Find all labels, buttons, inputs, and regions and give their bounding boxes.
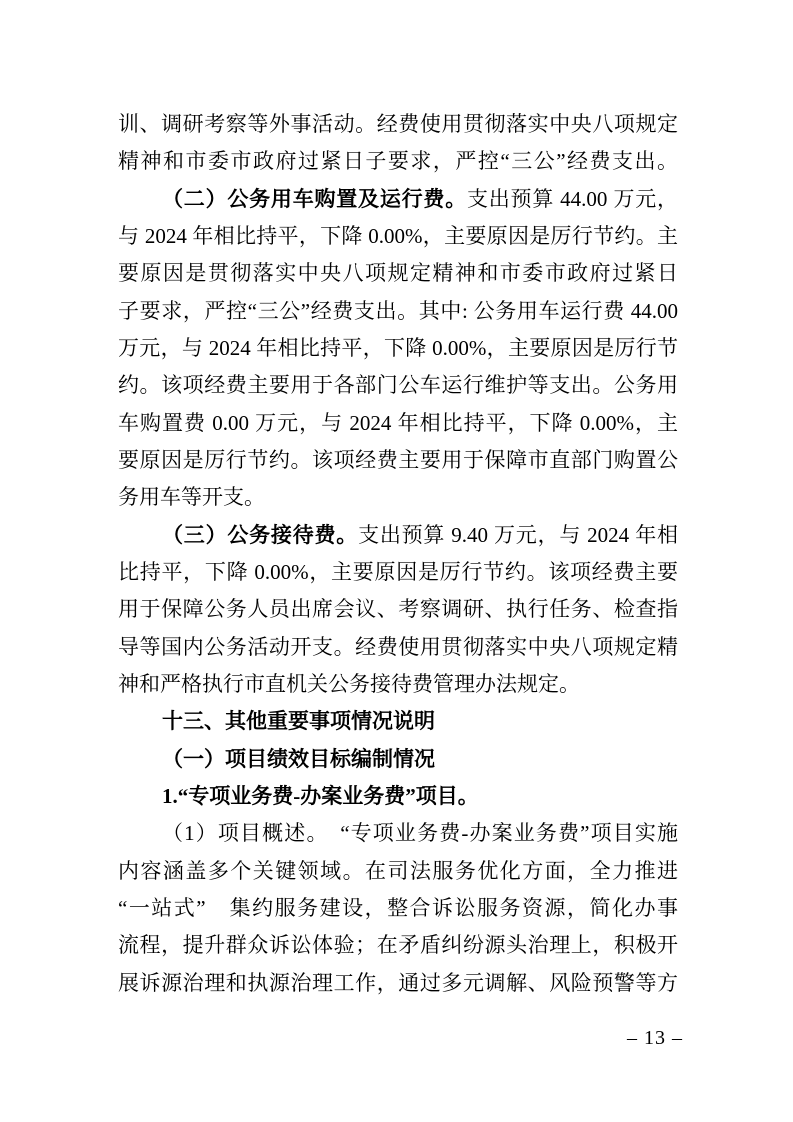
text-line: 导等国内公务活动开支。经费使用贯彻落实中央八项规定精	[118, 629, 678, 666]
text-line: 用于保障公务人员出席会议、考察调研、执行任务、检查指	[118, 591, 678, 628]
body-text-run: 用于保障公务人员出席会议、考察调研、执行任务、检查指	[118, 597, 678, 621]
heading-text-run: （三）公务接待费。	[162, 524, 358, 547]
body-text-run: 精神和市委市政府过紧日子要求，严控“三公”经费支出。	[118, 149, 678, 173]
text-line: 要原因是贯彻落实中央八项规定精神和市委市政府过紧日	[118, 255, 678, 292]
document-body: 训、调研考察等外事活动。经费使用贯彻落实中央八项规定精神和市委市政府过紧日子要求…	[118, 106, 678, 1002]
text-line: 务用车等开支。	[118, 479, 678, 516]
heading-text-run: 十三、其他重要事项情况说明	[162, 710, 435, 733]
body-text-run: 车购置费 0.00 万元，与 2024 年相比持平，下降 0.00%，主	[118, 411, 678, 435]
text-line: 子要求，严控“三公”经费支出。其中: 公务用车运行费 44.00	[118, 293, 678, 330]
text-line: 万元，与 2024 年相比持平，下降 0.00%，主要原因是厉行节	[118, 330, 678, 367]
body-text-run: 展诉源治理和执源治理工作，通过多元调解、风险预警等方	[118, 971, 678, 995]
body-text-run: 训、调研考察等外事活动。经费使用贯彻落实中央八项规定	[118, 112, 678, 136]
text-line: 展诉源治理和执源治理工作，通过多元调解、风险预警等方	[118, 965, 678, 1002]
body-text-run: 要原因是贯彻落实中央八项规定精神和市委市政府过紧日	[118, 261, 678, 285]
text-line: 约。该项经费主要用于各部门公车运行维护等支出。公务用	[118, 367, 678, 404]
text-line: （二）公务用车购置及运行费。支出预算 44.00 万元，	[118, 181, 678, 218]
text-line: “一站式” 集约服务建设，整合诉讼服务资源，简化办事	[118, 890, 678, 927]
body-text-run: 内容涵盖多个关键领域。在司法服务优化方面，全力推进	[118, 859, 678, 883]
heading-text-run: （二）公务用车购置及运行费。	[162, 188, 467, 211]
text-line: 训、调研考察等外事活动。经费使用贯彻落实中央八项规定	[118, 106, 678, 143]
body-text-run: 神和严格执行市直机关公务接待费管理办法规定。	[118, 672, 580, 696]
text-line: 比持平，下降 0.00%，主要原因是厉行节约。该项经费主要	[118, 554, 678, 591]
text-line: 内容涵盖多个关键领域。在司法服务优化方面，全力推进	[118, 853, 678, 890]
text-line: （一）项目绩效目标编制情况	[118, 741, 678, 778]
text-line: （1）项目概述。 “专项业务费-办案业务费”项目实施	[118, 815, 678, 852]
heading-text-run: 1.“专项业务费-办案业务费”项目。	[162, 784, 479, 808]
heading-text-run: （一）项目绩效目标编制情况	[162, 747, 435, 771]
body-text-run: 要原因是厉行节约。该项经费主要用于保障市直部门购置公	[118, 448, 678, 472]
page-number: – 13 –	[627, 1026, 683, 1050]
text-line: （三）公务接待费。支出预算 9.40 万元，与 2024 年相	[118, 517, 678, 554]
document-page: 训、调研考察等外事活动。经费使用贯彻落实中央八项规定精神和市委市政府过紧日子要求…	[0, 0, 793, 1122]
text-line: 精神和市委市政府过紧日子要求，严控“三公”经费支出。	[118, 143, 678, 180]
body-text-run: 子要求，严控“三公”经费支出。其中: 公务用车运行费 44.00	[118, 299, 678, 323]
body-text-run: 流程，提升群众诉讼体验；在矛盾纠纷源头治理上，积极开	[118, 933, 678, 957]
body-text-run: （1）项目概述。 “专项业务费-办案业务费”项目实施	[162, 821, 678, 845]
text-line: 车购置费 0.00 万元，与 2024 年相比持平，下降 0.00%，主	[118, 405, 678, 442]
body-text-run: 导等国内公务活动开支。经费使用贯彻落实中央八项规定精	[118, 635, 678, 659]
text-line: 神和严格执行市直机关公务接待费管理办法规定。	[118, 666, 678, 703]
body-text-run: “一站式” 集约服务建设，整合诉讼服务资源，简化办事	[118, 896, 678, 920]
body-text-run: 务用车等开支。	[118, 485, 265, 509]
text-line: 要原因是厉行节约。该项经费主要用于保障市直部门购置公	[118, 442, 678, 479]
body-text-run: 支出预算 44.00 万元，	[467, 187, 678, 211]
text-line: 与 2024 年相比持平，下降 0.00%，主要原因是厉行节约。主	[118, 218, 678, 255]
text-line: 1.“专项业务费-办案业务费”项目。	[118, 778, 678, 815]
body-text-run: 约。该项经费主要用于各部门公车运行维护等支出。公务用	[118, 373, 678, 397]
text-line: 流程，提升群众诉讼体验；在矛盾纠纷源头治理上，积极开	[118, 927, 678, 964]
body-text-run: 支出预算 9.40 万元，与 2024 年相	[358, 523, 678, 547]
text-line: 十三、其他重要事项情况说明	[118, 703, 678, 740]
body-text-run: 万元，与 2024 年相比持平，下降 0.00%，主要原因是厉行节	[118, 336, 678, 360]
body-text-run: 比持平，下降 0.00%，主要原因是厉行节约。该项经费主要	[118, 560, 678, 584]
body-text-run: 与 2024 年相比持平，下降 0.00%，主要原因是厉行节约。主	[118, 224, 678, 248]
